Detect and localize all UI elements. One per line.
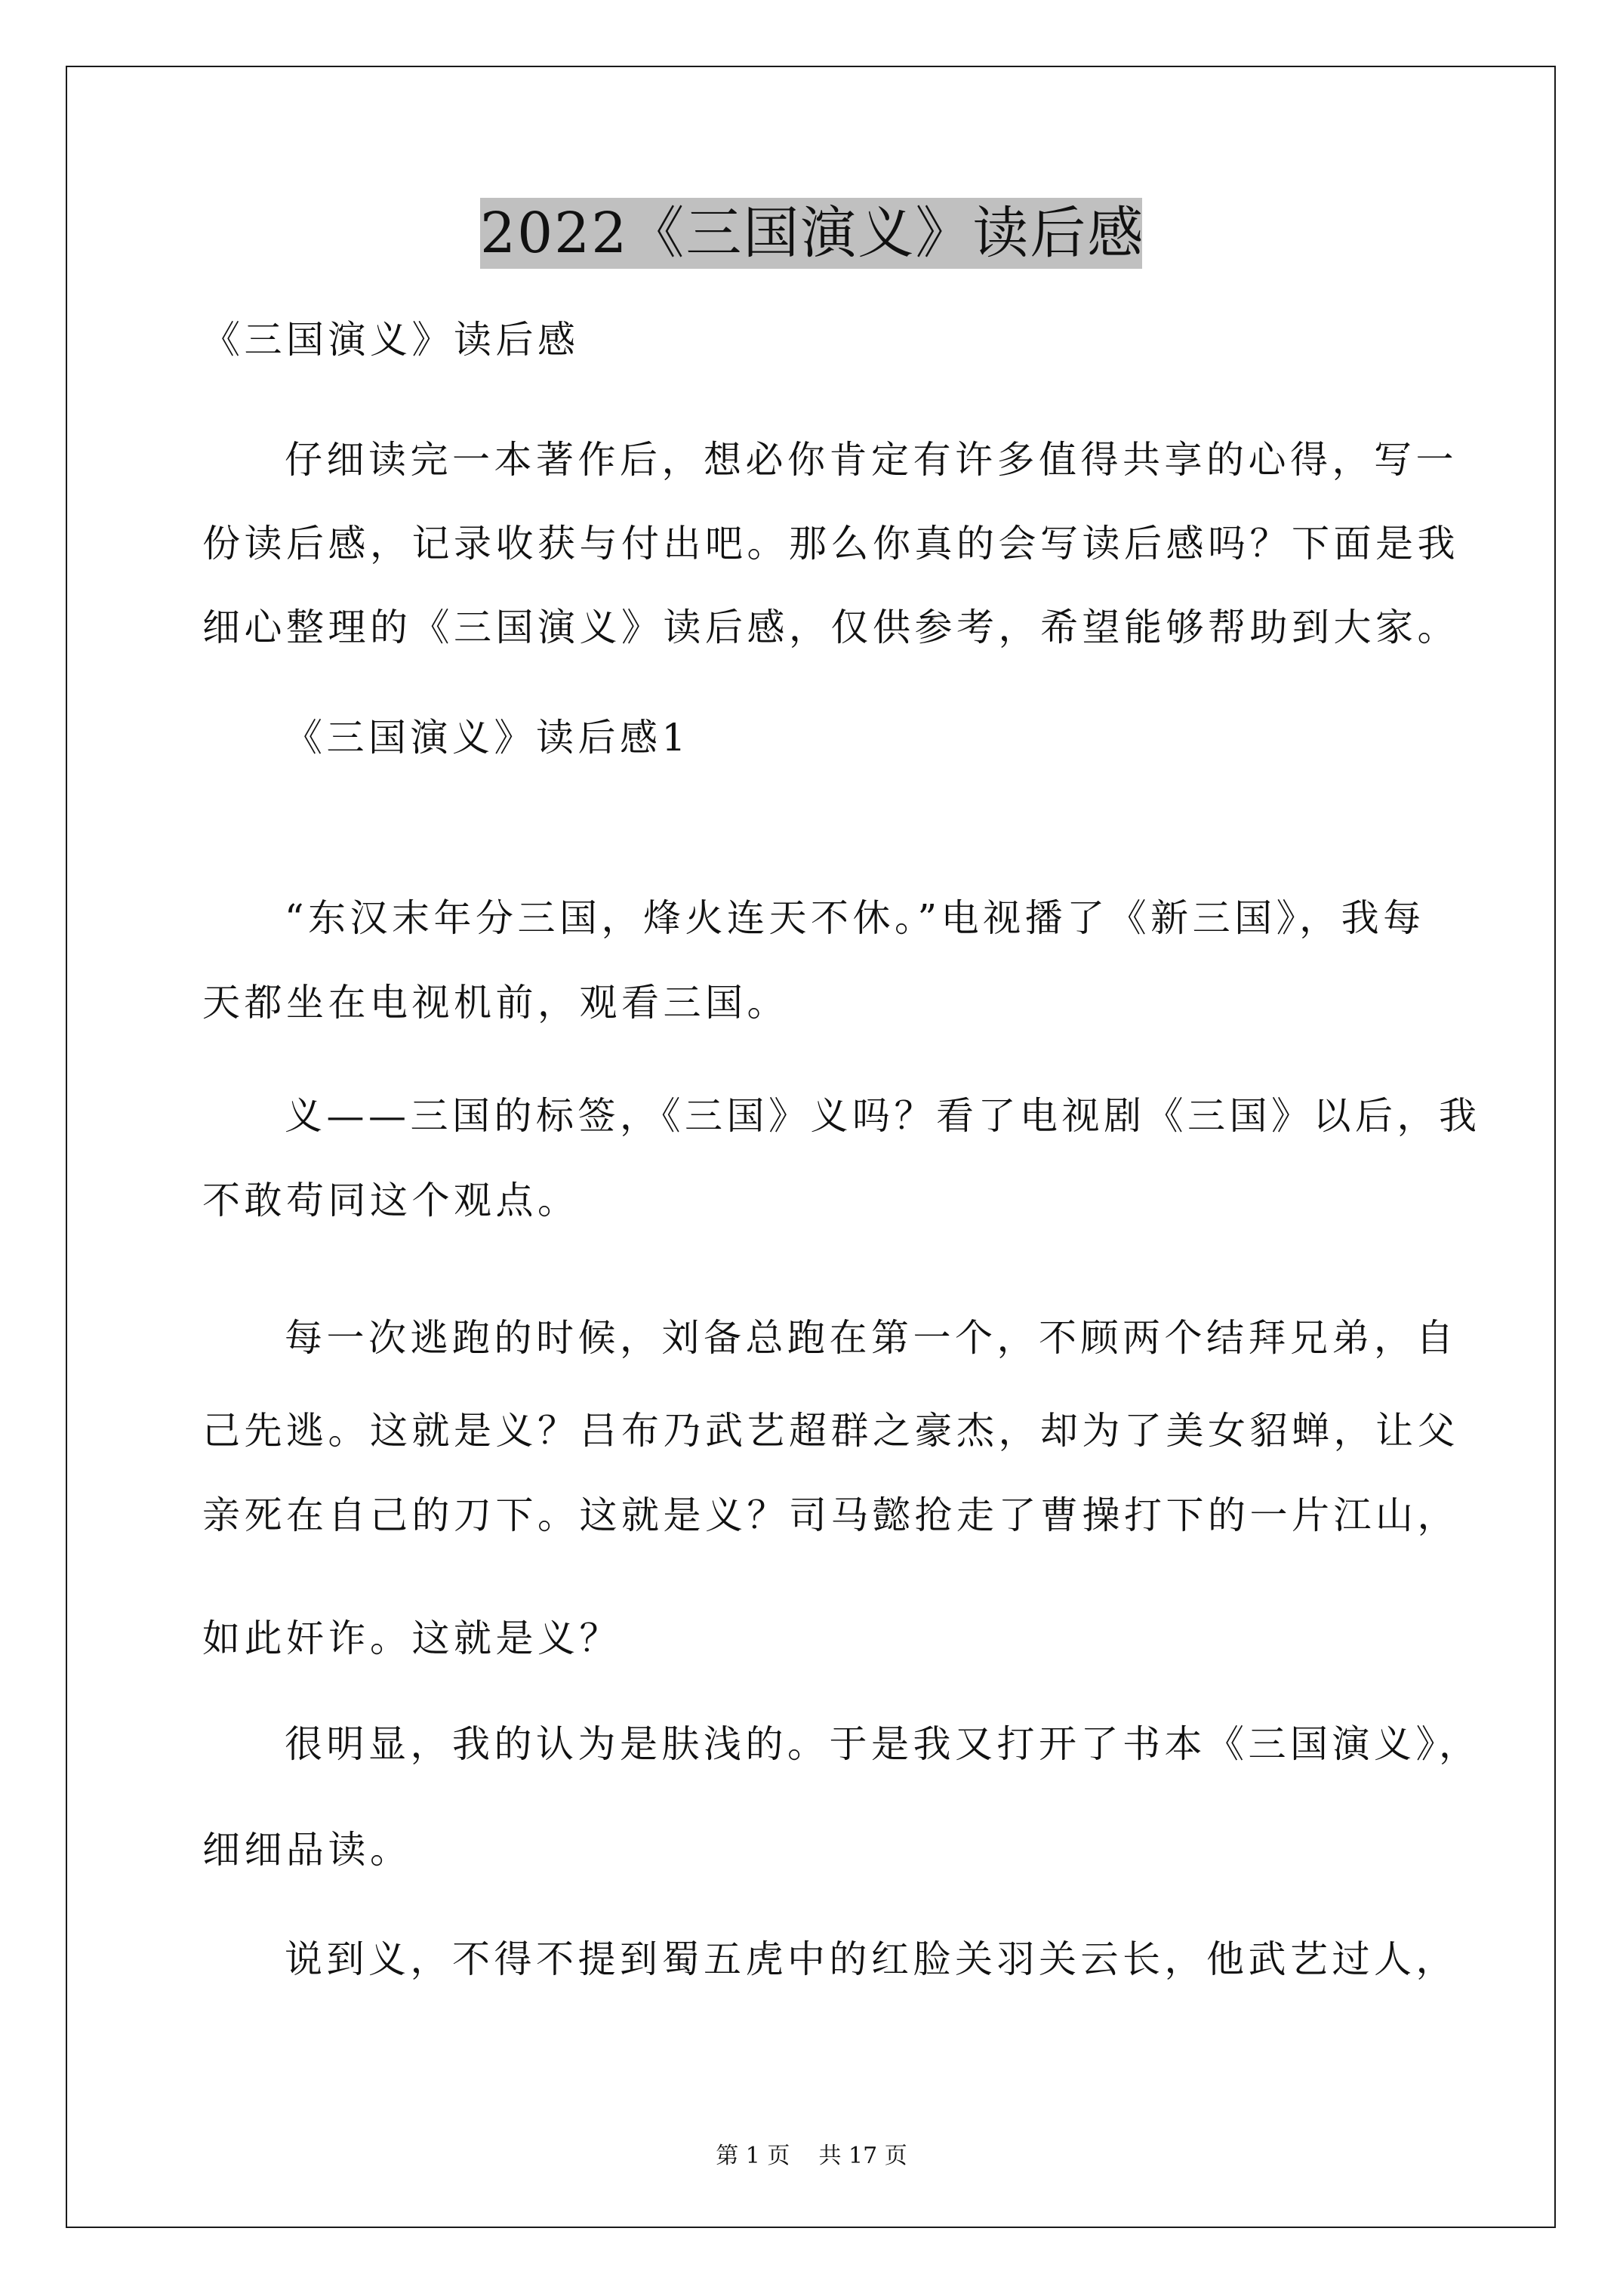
body-line: 份读后感，记录收获与付出吧。那么你真的会写读后感吗？下面是我 [202, 521, 1459, 566]
body-line: 不敢苟同这个观点。 [202, 1178, 580, 1223]
section-heading-line: 《三国演义》读后感1 [285, 715, 690, 760]
page-number-footer: 第 1 页 共 17 页 [0, 2143, 1623, 2170]
body-line: 如此奸诈。这就是义？ [202, 1616, 621, 1661]
body-line: 亲死在自己的刀下。这就是义？司马懿抢走了曹操打下的一片江山， [202, 1493, 1459, 1538]
body-line: 天都坐在电视机前，观看三国。 [202, 980, 789, 1025]
body-line: 很明显，我的认为是肤浅的。于是我又打开了书本《三国演义》， [285, 1721, 1481, 1767]
body-line: 义——三国的标签，《三国》义吗？看了电视剧《三国》以后，我 [285, 1093, 1481, 1139]
body-line: 仔细读完一本著作后，想必你肯定有许多值得共享的心得，写一 [285, 437, 1458, 482]
body-line: 说到义，不得不提到蜀五虎中的红脸关羽关云长，他武艺过人， [285, 1937, 1458, 1982]
body-line: 每一次逃跑的时候，刘备总跑在第一个，不顾两个结拜兄弟，自 [285, 1315, 1458, 1361]
body-line: 细心整理的《三国演义》读后感，仅供参考，希望能够帮助到大家。 [202, 605, 1459, 650]
body-line: 细细品读。 [202, 1827, 412, 1872]
body-line: 己先逃。这就是义？吕布乃武艺超群之豪杰，却为了美女貂蝉，让父 [202, 1408, 1459, 1453]
body-line: “东汉末年分三国，烽火连天不休。”电视播了《新三国》，我每 [285, 895, 1425, 941]
subtitle-line: 《三国演义》读后感 [202, 317, 580, 362]
document-title: 2022《三国演义》读后感 [480, 198, 1142, 269]
page-border [66, 66, 1556, 2228]
